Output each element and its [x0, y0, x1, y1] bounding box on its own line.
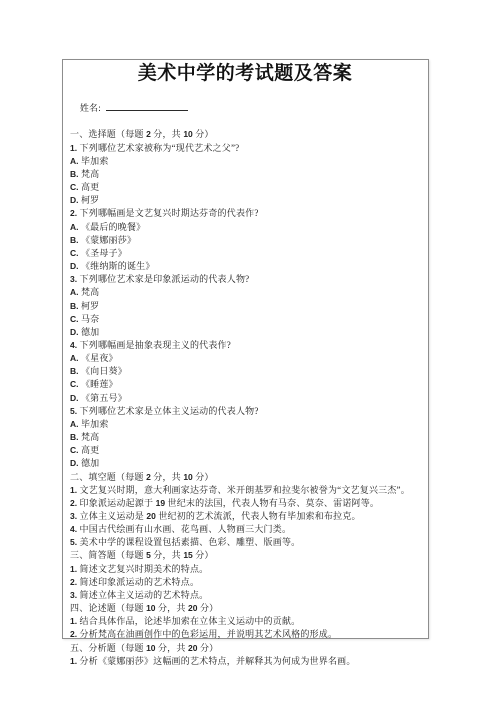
question-text: 3. 立体主义运动是 20 世纪初的艺术流派，代表人物有毕加索和布拉克。 [70, 510, 420, 523]
name-field-row: 姓名: [70, 88, 420, 128]
latin-text: 1. [70, 616, 77, 626]
question-text: 3. 下列哪位艺术家是印象派运动的代表人物? [70, 273, 420, 286]
question-text: 2. 印象派运动起源于 19 世纪末的法国，代表人物有马奈、莫奈、雷诺阿等。 [70, 497, 420, 510]
latin-text: 4. [70, 340, 77, 350]
question-text: 2. 下列哪幅画是文艺复兴时期达芬奇的代表作? [70, 207, 420, 220]
latin-text: B. [70, 169, 79, 179]
latin-text: D. [70, 261, 79, 271]
section-header: 五、分析题（每题 10 分，共 20 分） [70, 642, 420, 655]
question-text: 5. 下列哪位艺术家是立体主义运动的代表人物? [70, 405, 420, 418]
option-text: C. 高更 [70, 444, 420, 457]
option-text: B. 《蒙娜丽莎》 [70, 234, 420, 247]
latin-text: 20 [188, 643, 197, 653]
option-text: D. 德加 [70, 457, 420, 470]
question-text: 1. 简述文艺复兴时期美术的特点。 [70, 563, 420, 576]
latin-text: A. [70, 353, 79, 363]
latin-text: 10 [146, 603, 155, 613]
latin-text: C. [70, 379, 79, 389]
latin-text: 4. [70, 524, 77, 534]
question-text: 4. 下列哪幅画是抽象表现主义的代表作? [70, 339, 420, 352]
option-text: B. 《向日葵》 [70, 365, 420, 378]
latin-text: C. [70, 314, 79, 324]
option-text: B. 柯罗 [70, 300, 420, 313]
latin-text: 15 [183, 550, 192, 560]
latin-text: A. [70, 222, 79, 232]
latin-text: 2. [70, 498, 77, 508]
section-header: 四、论述题（每题 10 分，共 20 分） [70, 602, 420, 615]
latin-text: 1. [70, 143, 77, 153]
section-header: 三、简答题（每题 5 分，共 15 分） [70, 549, 420, 562]
latin-text: B. [70, 432, 79, 442]
option-text: C. 马奈 [70, 313, 420, 326]
latin-text: 2. [70, 208, 77, 218]
name-label: 姓名: [80, 103, 101, 113]
name-blank-line [106, 101, 188, 111]
option-text: A. 毕加索 [70, 155, 420, 168]
latin-text: 5 [146, 550, 151, 560]
option-text: A. 梵高 [70, 286, 420, 299]
question-text: 1. 文艺复兴时期，意大利画家达芬奇、米开朗基罗和拉斐尔被誉为“文艺复兴三杰”。 [70, 484, 420, 497]
question-text: 1. 下列哪位艺术家被称为“现代艺术之父”? [70, 142, 420, 155]
latin-text: B. [70, 301, 79, 311]
latin-text: 3. [70, 590, 77, 600]
question-text: 5. 美术中学的课程设置包括素描、色彩、雕塑、版画等。 [70, 536, 420, 549]
exam-sheet: 美术中学的考试题及答案 姓名: 一、选择题（每题 2 分，共 10 分）1. 下… [62, 59, 429, 639]
latin-text: 10 [146, 643, 155, 653]
latin-text: A. [70, 419, 79, 429]
latin-text: 19 [156, 498, 165, 508]
latin-text: D. [70, 327, 79, 337]
question-text: 1. 结合具体作品，论述毕加索在立体主义运动中的贡献。 [70, 615, 420, 628]
latin-text: 3. [70, 511, 77, 521]
option-text: C. 《圣母子》 [70, 247, 420, 260]
latin-text: 10 [183, 129, 192, 139]
latin-text: 1. [70, 564, 77, 574]
latin-text: A. [70, 156, 79, 166]
question-text: 1. 分析《蒙娜丽莎》这幅画的艺术特点，并解释其为何成为世界名画。 [70, 655, 420, 668]
option-text: D. 《维纳斯的诞生》 [70, 260, 420, 273]
question-text: 2. 简述印象派运动的艺术特点。 [70, 576, 420, 589]
latin-text: A. [70, 287, 79, 297]
latin-text: C. [70, 182, 79, 192]
latin-text: 10 [183, 472, 192, 482]
question-text: 2. 分析梵高在油画创作中的色彩运用，并说明其艺术风格的形成。 [70, 628, 420, 641]
latin-text: D. [70, 458, 79, 468]
latin-text: 2. [70, 629, 77, 639]
option-text: D. 《第五号》 [70, 392, 420, 405]
option-text: B. 梵高 [70, 168, 420, 181]
question-text: 3. 简述立体主义运动的艺术特点。 [70, 589, 420, 602]
latin-text: C. [70, 248, 79, 258]
latin-text: B. [70, 366, 79, 376]
section-header: 一、选择题（每题 2 分，共 10 分） [70, 128, 420, 141]
latin-text: C. [70, 445, 79, 455]
latin-text: 2. [70, 577, 77, 587]
option-text: D. 德加 [70, 326, 420, 339]
option-text: A. 《最后的晚餐》 [70, 221, 420, 234]
section-header: 二、填空题（每题 2 分，共 10 分） [70, 471, 420, 484]
latin-text: 2 [146, 129, 151, 139]
latin-text: D. [70, 393, 79, 403]
option-text: A. 毕加索 [70, 418, 420, 431]
page-title: 美术中学的考试题及答案 [70, 62, 420, 85]
latin-text: 1. [70, 656, 77, 666]
option-text: C. 高更 [70, 181, 420, 194]
latin-text: 5. [70, 537, 77, 547]
latin-text: 1. [70, 485, 77, 495]
latin-text: 3. [70, 274, 77, 284]
option-text: B. 梵高 [70, 431, 420, 444]
option-text: C. 《睡莲》 [70, 378, 420, 391]
question-text: 4. 中国古代绘画有山水画、花鸟画、人物画三大门类。 [70, 523, 420, 536]
latin-text: B. [70, 235, 79, 245]
latin-text: 5. [70, 406, 77, 416]
latin-text: 20 [146, 511, 155, 521]
exam-content: 一、选择题（每题 2 分，共 10 分）1. 下列哪位艺术家被称为“现代艺术之父… [70, 128, 420, 667]
option-text: D. 柯罗 [70, 194, 420, 207]
latin-text: 2 [146, 472, 151, 482]
option-text: A. 《星夜》 [70, 352, 420, 365]
latin-text: D. [70, 195, 79, 205]
latin-text: 20 [188, 603, 197, 613]
